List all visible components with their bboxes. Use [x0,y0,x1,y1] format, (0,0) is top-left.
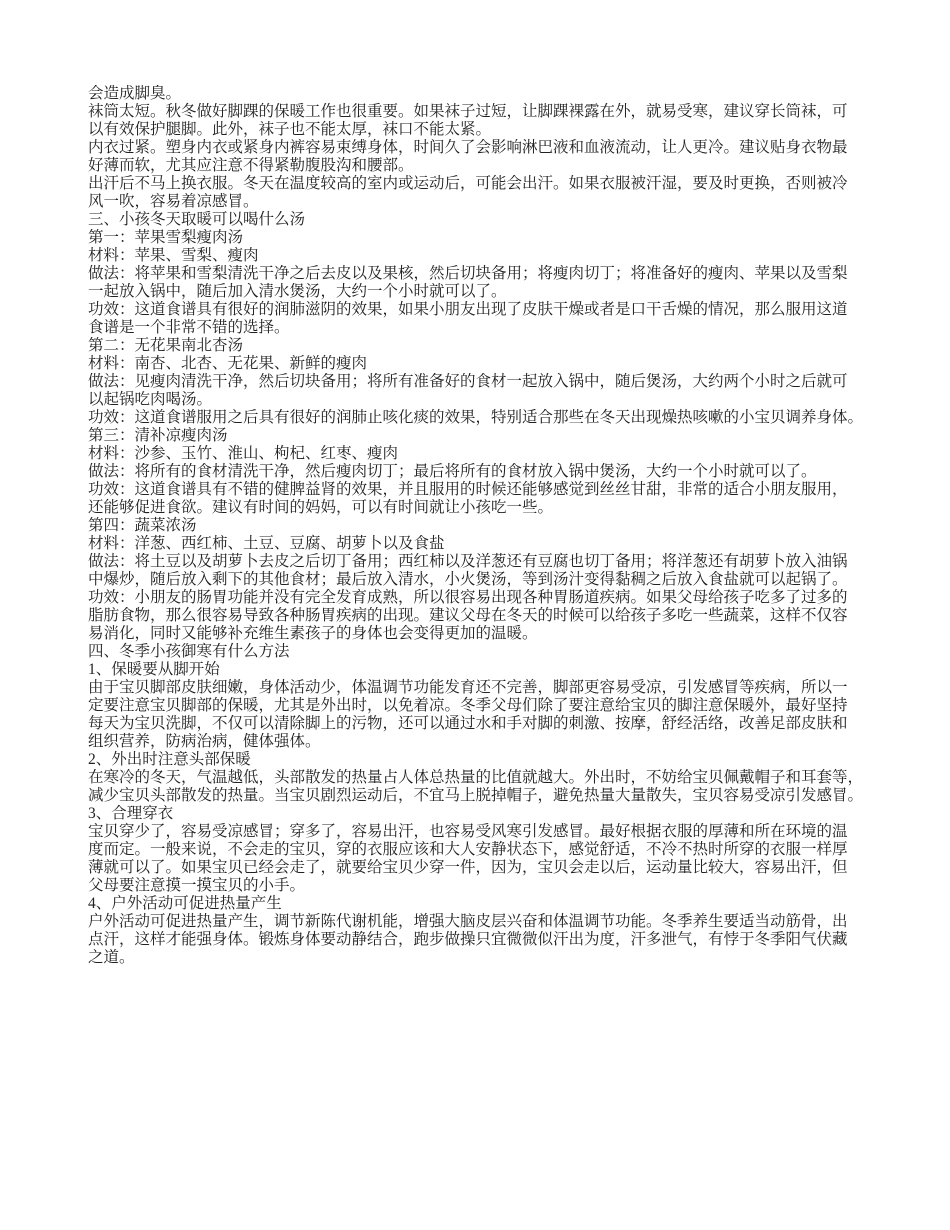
text-line: 好薄而软，尤其应注意不得紧勒腹股沟和腰部。 [88,157,888,175]
text-line: 3、合理穿衣 [88,805,888,823]
text-line: 材料：苹果、雪梨、瘦肉 [88,247,888,265]
text-line: 易消化，同时又能够补充维生素孩子的身体也会变得更加的温暖。 [88,625,888,643]
text-line: 食谱是一个非常不错的选择。 [88,319,888,337]
text-line: 4、户外活动可促进热量产生 [88,895,888,913]
text-line: 在寒冷的冬天，气温越低，头部散发的热量占人体总热量的比值就越大。外出时，不妨给宝… [88,769,888,787]
text-line: 做法：将所有的食材清洗干净，然后瘦肉切丁；最后将所有的食材放入锅中煲汤，大约一个… [88,463,888,481]
text-line: 第四：蔬菜浓汤 [88,517,888,535]
text-line: 第三：清补凉瘦肉汤 [88,427,888,445]
text-line: 中爆炒，随后放入剩下的其他食材；最后放入清水，小火煲汤，等到汤汁变得黏稠之后放入… [88,571,888,589]
text-line: 做法：将土豆以及胡萝卜去皮之后切丁备用；西红柿以及洋葱还有豆腐也切丁备用；将洋葱… [88,553,888,571]
text-line: 会造成脚臭。 [88,85,888,103]
text-line: 薄就可以了。如果宝贝已经会走了，就要给宝贝少穿一件，因为，宝贝会走以后，运动量比… [88,859,888,877]
text-line: 材料：沙参、玉竹、淮山、枸杞、红枣、瘦肉 [88,445,888,463]
text-line: 材料：洋葱、西红柿、土豆、豆腐、胡萝卜以及食盐 [88,535,888,553]
text-line: 做法：见瘦肉清洗干净，然后切块备用；将所有准备好的食材一起放入锅中，随后煲汤，大… [88,373,888,391]
text-line: 度而定。一般来说，不会走的宝贝，穿的衣服应该和大人安静状态下，感觉舒适，不冷不热… [88,841,888,859]
text-line: 定要注意宝贝脚部的保暖，尤其是外出时，以免着凉。冬季父母们除了要注意给宝贝的脚注… [88,697,888,715]
text-line: 功效：小朋友的肠胃功能并没有完全发育成熟，所以很容易出现各种胃肠道疾病。如果父母… [88,589,888,607]
text-line: 之道。 [88,949,888,967]
document-body: 会造成脚臭。袜筒太短。秋冬做好脚踝的保暖工作也很重要。如果袜子过短，让脚踝裸露在… [88,85,888,967]
text-line: 四、冬季小孩御寒有什么方法 [88,643,888,661]
text-line: 每天为宝贝洗脚，不仅可以清除脚上的污物，还可以通过水和手对脚的刺激、按摩，舒经活… [88,715,888,733]
text-line: 1、保暖要从脚开始 [88,661,888,679]
text-line: 由于宝贝脚部皮肤细嫩，身体活动少，体温调节功能发育还不完善，脚部更容易受凉，引发… [88,679,888,697]
text-line: 减少宝贝头部散发的热量。当宝贝剧烈运动后，不宜马上脱掉帽子，避免热量大量散失，宝… [88,787,888,805]
text-line: 功效：这道食谱具有很好的润肺滋阴的效果，如果小朋友出现了皮肤干燥或者是口干舌燥的… [88,301,888,319]
text-line: 做法：将苹果和雪梨清洗干净之后去皮以及果核，然后切块备用；将瘦肉切丁；将准备好的… [88,265,888,283]
text-line: 以有效保护腿脚。此外，袜子也不能太厚，袜口不能太紧。 [88,121,888,139]
text-line: 点汗，这样才能强身体。锻炼身体要动静结合，跑步做操只宜微微似汗出为度，汗多泄气，… [88,931,888,949]
text-line: 第二：无花果南北杏汤 [88,337,888,355]
text-line: 出汗后不马上换衣服。冬天在温度较高的室内或运动后，可能会出汗。如果衣服被汗湿，要… [88,175,888,193]
text-line: 户外活动可促进热量产生，调节新陈代谢机能，增强大脑皮层兴奋和体温调节功能。冬季养… [88,913,888,931]
text-line: 三、小孩冬天取暖可以喝什么汤 [88,211,888,229]
text-line: 袜筒太短。秋冬做好脚踝的保暖工作也很重要。如果袜子过短，让脚踝裸露在外，就易受寒… [88,103,888,121]
text-line: 脂肪食物，那么很容易导致各种肠胃疾病的出现。建议父母在冬天的时候可以给孩子多吃一… [88,607,888,625]
text-line: 以起锅吃肉喝汤。 [88,391,888,409]
text-line: 2、外出时注意头部保暖 [88,751,888,769]
text-line: 还能够促进食欲。建议有时间的妈妈，可以有时间就让小孩吃一些。 [88,499,888,517]
text-line: 功效：这道食谱具有不错的健脾益肾的效果，并且服用的时候还能够感觉到丝丝甘甜，非常… [88,481,888,499]
text-line: 风一吹，容易着凉感冒。 [88,193,888,211]
text-line: 宝贝穿少了，容易受凉感冒；穿多了，容易出汗，也容易受风寒引发感冒。最好根据衣服的… [88,823,888,841]
text-line: 一起放入锅中，随后加入清水煲汤，大约一个小时就可以了。 [88,283,888,301]
text-line: 材料：南杏、北杏、无花果、新鲜的瘦肉 [88,355,888,373]
text-line: 父母要注意摸一摸宝贝的小手。 [88,877,888,895]
text-line: 组织营养，防病治病，健体强体。 [88,733,888,751]
text-line: 功效：这道食谱服用之后具有很好的润肺止咳化痰的效果，特别适合那些在冬天出现燥热咳… [88,409,888,427]
text-line: 第一：苹果雪梨瘦肉汤 [88,229,888,247]
text-line: 内衣过紧。塑身内衣或紧身内裤容易束缚身体，时间久了会影响淋巴液和血液流动，让人更… [88,139,888,157]
